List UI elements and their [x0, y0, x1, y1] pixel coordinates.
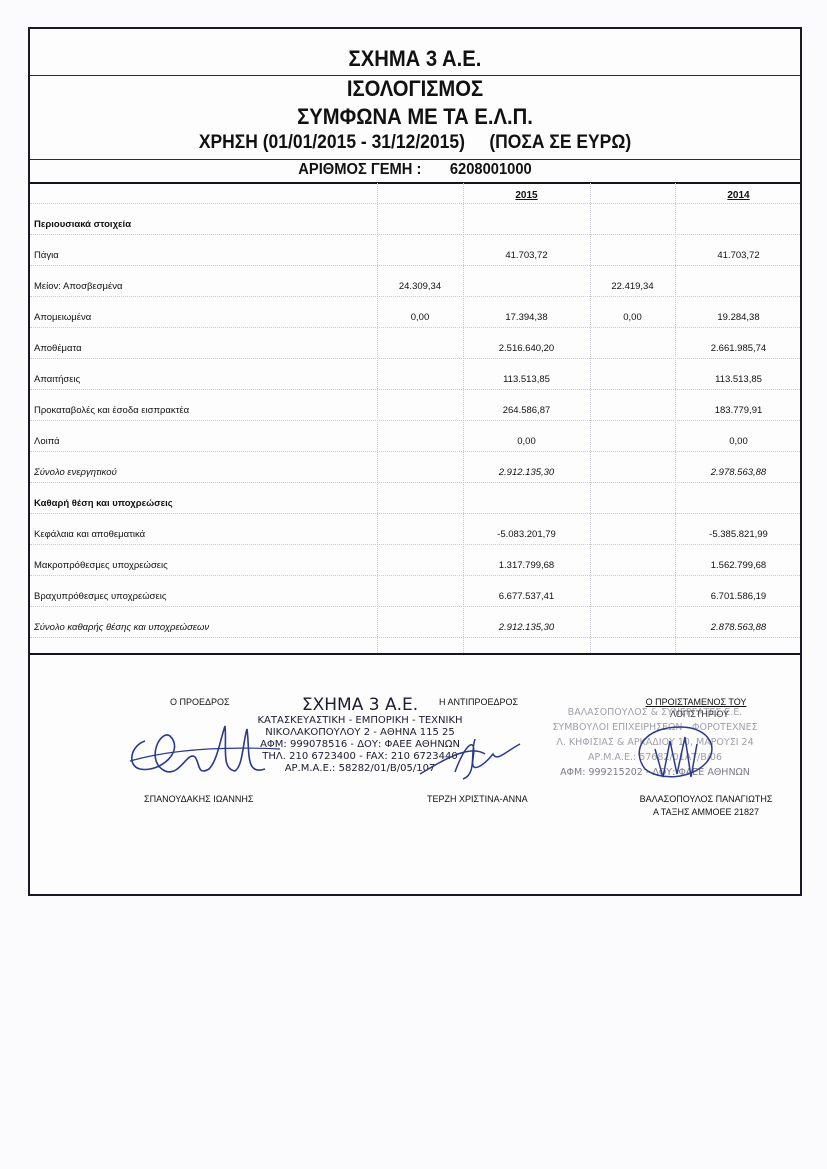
grid-line	[30, 513, 800, 514]
table-row: Προκαταβολές και έσοδα εισπρακτέα264.586…	[30, 395, 800, 426]
row-value-c2: 17.394,38	[463, 312, 590, 323]
grid-line	[30, 544, 800, 545]
divider	[30, 182, 800, 184]
row-value-c4: 41.703,72	[675, 250, 802, 261]
row-value-c2: 41.703,72	[463, 250, 590, 261]
table-row: Βραχυπρόθεσμες υποχρεώσεις6.677.537,416.…	[30, 581, 800, 612]
row-value-c2: 1.317.799,68	[463, 560, 590, 571]
vice-president-name: ΤΕΡΖΗ ΧΡΙΣΤΙΝΑ-ΑΝΝΑ	[427, 794, 528, 804]
grid-line	[30, 296, 800, 297]
grid-line	[30, 420, 800, 421]
gemi-label: ΑΡΙΘΜΟΣ ΓΕΜΗ :	[298, 161, 421, 178]
row-label: Μακροπρόθεσμες υποχρεώσεις	[34, 560, 168, 571]
year-header-2014: 2014	[675, 190, 802, 201]
row-value-c4: 113.513,85	[675, 374, 802, 385]
row-value-c2: 2.516.640,20	[463, 343, 590, 354]
table-row: Απαιτήσεις113.513,85113.513,85	[30, 364, 800, 395]
row-value-c4: 183.779,91	[675, 405, 802, 416]
year-header-2015: 2015	[463, 190, 590, 201]
grid-line	[30, 203, 800, 204]
row-value-c3: 22.419,34	[590, 281, 675, 292]
period-text: ΧΡΗΣΗ (01/01/2015 - 31/12/2015)	[199, 132, 465, 153]
row-label: Λοιπά	[34, 436, 60, 447]
row-label: Βραχυπρόθεσμες υποχρεώσεις	[34, 591, 166, 602]
row-value-c2: 6.677.537,41	[463, 591, 590, 602]
table-row: Αποθέματα2.516.640,202.661.985,74	[30, 333, 800, 364]
row-label: Σύνολο καθαρής θέσης και υποχρεώσεων	[34, 622, 209, 633]
stamp-company-name: ΣΧΗΜΑ 3 Α.Ε.	[235, 695, 485, 715]
row-value-c4: 1.562.799,68	[675, 560, 802, 571]
fiscal-period: ΧΡΗΣΗ (01/01/2015 - 31/12/2015) (ΠΟΣΑ ΣΕ…	[61, 132, 769, 154]
row-value-c2: 2.912.135,30	[463, 622, 590, 633]
grid-line	[30, 575, 800, 576]
row-value-c2: 0,00	[463, 436, 590, 447]
company-name: ΣΧΗΜΑ 3 Α.Ε.	[61, 46, 769, 72]
table-row: Μείον: Αποσβεσμένα24.309,3422.419,34	[30, 271, 800, 302]
row-label: Απαιτήσεις	[34, 374, 80, 385]
table-row: Κεφάλαια και αποθεματικά-5.083.201,79-5.…	[30, 519, 800, 550]
row-value-c2: 2.912.135,30	[463, 467, 590, 478]
row-value-c2: 264.586,87	[463, 405, 590, 416]
gemi-number: 6208001000	[450, 161, 532, 178]
grid-line	[30, 265, 800, 266]
table-row: Σύνολο καθαρής θέσης και υποχρεώσεων2.91…	[30, 612, 800, 643]
vice-president-signature-icon	[415, 724, 525, 784]
row-value-c1: 0,00	[377, 312, 463, 323]
balance-sheet-document: ΣΧΗΜΑ 3 Α.Ε. ΙΣΟΛΟΓΙΣΜΟΣ ΣΥΜΦΩΝΑ ΜΕ ΤΑ Ε…	[28, 27, 802, 896]
row-value-c2: 113.513,85	[463, 374, 590, 385]
row-label: Προκαταβολές και έσοδα εισπρακτέα	[34, 405, 189, 416]
table-row: Λοιπά0,000,00	[30, 426, 800, 457]
table-row: Περιουσιακά στοιχεία	[30, 209, 800, 240]
divider	[30, 159, 800, 160]
row-value-c4: 19.284,38	[675, 312, 802, 323]
grid-line	[30, 234, 800, 235]
document-subtitle: ΣΥΜΦΩΝΑ ΜΕ ΤΑ Ε.Λ.Π.	[61, 104, 769, 130]
row-value-c4: 2.661.985,74	[675, 343, 802, 354]
grid-line	[30, 606, 800, 607]
row-value-c4: 2.978.563,88	[675, 467, 802, 478]
row-label: Μείον: Αποσβεσμένα	[34, 281, 122, 292]
row-label: Περιουσιακά στοιχεία	[34, 219, 131, 230]
table-row: Μακροπρόθεσμες υποχρεώσεις1.317.799,681.…	[30, 550, 800, 581]
accountant-signature-icon	[625, 719, 725, 789]
row-value-c4: 6.701.586,19	[675, 591, 802, 602]
row-label: Πάγια	[34, 250, 59, 261]
row-label: Απομειωμένα	[34, 312, 91, 323]
accountant-title-line2: ΛΟΓΙΣΤΗΡΙΟΥ	[670, 709, 729, 719]
row-value-c1: 24.309,34	[377, 281, 463, 292]
row-label: Κεφάλαια και αποθεματικά	[34, 529, 145, 540]
row-value-c4: 0,00	[675, 436, 802, 447]
document-title: ΙΣΟΛΟΓΙΣΜΟΣ	[61, 76, 769, 102]
table-row: Σύνολο ενεργητικού2.912.135,302.978.563,…	[30, 457, 800, 488]
grid-line	[30, 358, 800, 359]
acc-stamp-line1: ΒΑΛΑΣΟΠΟΥΛΟΣ & ΣΥΝΕΡΓΑΤΕΣ Ε.Ε.	[520, 705, 790, 720]
row-label: Αποθέματα	[34, 343, 82, 354]
accountant-name: ΒΑΛΑΣΟΠΟΥΛΟΣ ΠΑΝΑΓΙΩΤΗΣ	[621, 794, 791, 804]
table-row: Απομειωμένα0,0017.394,380,0019.284,38	[30, 302, 800, 333]
grid-line	[30, 637, 800, 638]
table-row: Καθαρή θέση και υποχρεώσεις	[30, 488, 800, 519]
table-row: Πάγια41.703,7241.703,72	[30, 240, 800, 271]
row-value-c4: -5.385.821,99	[675, 529, 802, 540]
divider	[30, 653, 800, 655]
row-value-c4: 2.878.563,88	[675, 622, 802, 633]
grid-line	[30, 451, 800, 452]
grid-line	[30, 482, 800, 483]
row-value-c3: 0,00	[590, 312, 675, 323]
accountant-license: Α ΤΑΞΗΣ ΑΜΜΟΕΕ 21827	[621, 807, 791, 817]
currency-note: (ΠΟΣΑ ΣΕ ΕΥΡΩ)	[489, 132, 631, 153]
gemi-line: ΑΡΙΘΜΟΣ ΓΕΜΗ : 6208001000	[61, 161, 769, 179]
grid-line	[30, 327, 800, 328]
row-label: Σύνολο ενεργητικού	[34, 467, 117, 478]
president-title: Ο ΠΡΟΕΔΡΟΣ	[170, 697, 230, 707]
grid-line	[30, 389, 800, 390]
row-value-c2: -5.083.201,79	[463, 529, 590, 540]
row-label: Καθαρή θέση και υποχρεώσεις	[34, 498, 173, 509]
president-signature-icon	[125, 721, 285, 786]
president-name: ΣΠΑΝΟΥΔΑΚΗΣ ΙΩΑΝΝΗΣ	[144, 794, 254, 804]
